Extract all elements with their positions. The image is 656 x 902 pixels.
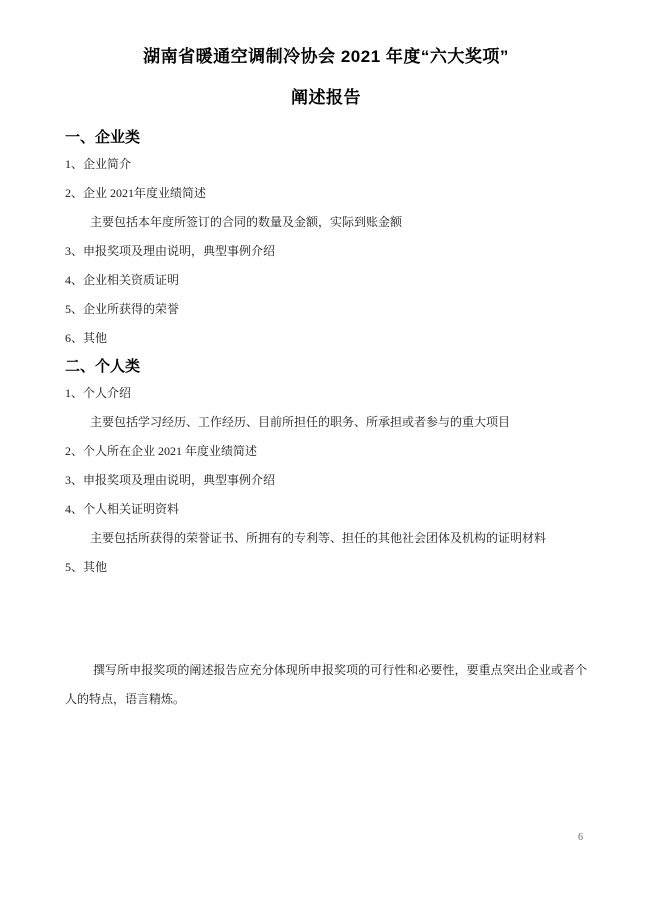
list-item: 5、企业所获得的荣誉 [65,295,587,324]
title-line-2: 阐述报告 [65,77,587,118]
list-item: 2、企业 2021年度业绩简述 [65,179,587,208]
document-page: 湖南省暖通空调制冷协会 2021 年度“六大奖项” 阐述报告 一、企业类 1、企… [0,0,656,902]
list-item-note: 主要包括学习经历、工作经历、目前所担任的职务、所承担或者参与的重大项目 [65,408,587,437]
list-item: 2、个人所在企业 2021 年度业绩简述 [65,437,587,466]
title-line-1: 湖南省暖通空调制冷协会 2021 年度“六大奖项” [65,36,587,77]
page-number: 6 [578,832,583,843]
list-item: 6、其他 [65,324,587,353]
list-item-note: 主要包括所获得的荣誉证书、所拥有的专利等、担任的其他社会团体及机构的证明材料 [65,524,587,553]
list-item: 3、申报奖项及理由说明，典型事例介绍 [65,466,587,495]
list-item: 4、企业相关资质证明 [65,266,587,295]
section-heading-enterprise: 一、企业类 [65,126,587,150]
list-item: 3、申报奖项及理由说明，典型事例介绍 [65,237,587,266]
list-item: 1、企业简介 [65,150,587,179]
list-item: 1、个人介绍 [65,379,587,408]
section-heading-individual: 二、个人类 [65,355,587,379]
document-title: 湖南省暖通空调制冷协会 2021 年度“六大奖项” 阐述报告 [65,36,587,118]
closing-paragraph: 撰写所申报奖项的阐述报告应充分体现所申报奖项的可行性和必要性，要重点突出企业或者… [65,656,587,714]
document-content: 湖南省暖通空调制冷协会 2021 年度“六大奖项” 阐述报告 一、企业类 1、企… [65,0,587,714]
list-item: 4、个人相关证明资料 [65,495,587,524]
list-item-note: 主要包括本年度所签订的合同的数量及金额，实际到账金额 [65,208,587,237]
list-item: 5、其他 [65,553,587,582]
